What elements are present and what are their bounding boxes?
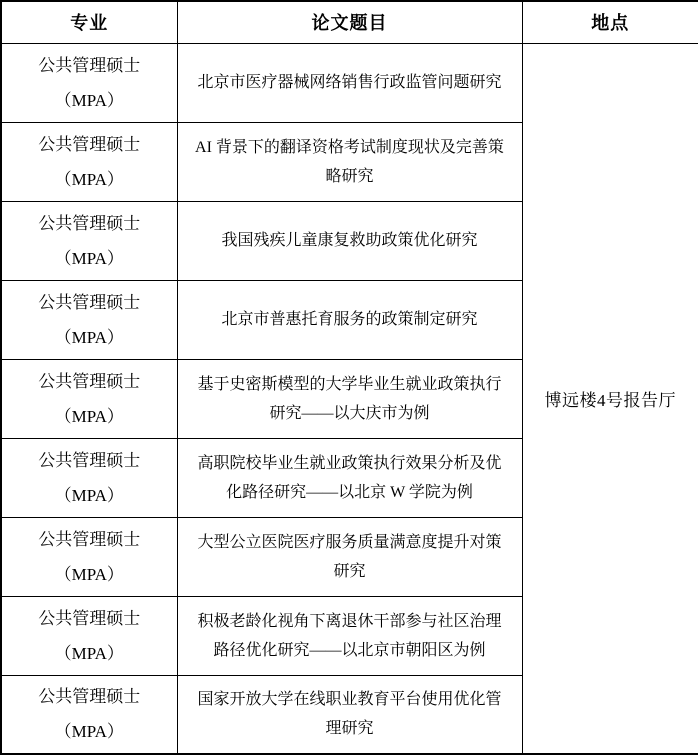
thesis-title-cell: 我国残疾儿童康复救助政策优化研究 <box>177 201 522 280</box>
major-cell: 公共管理硕士 （MPA） <box>1 438 177 517</box>
major-name: 公共管理硕士 <box>6 601 173 636</box>
major-name: 公共管理硕士 <box>6 206 173 241</box>
major-abbr: （MPA） <box>6 478 173 513</box>
major-cell: 公共管理硕士 （MPA） <box>1 201 177 280</box>
major-cell: 公共管理硕士 （MPA） <box>1 122 177 201</box>
major-name: 公共管理硕士 <box>6 364 173 399</box>
defense-schedule-table: 专业 论文题目 地点 公共管理硕士 （MPA） 北京市医疗器械网络销售行政监管问… <box>0 0 698 755</box>
major-abbr: （MPA） <box>6 162 173 197</box>
major-name: 公共管理硕士 <box>6 127 173 162</box>
major-abbr: （MPA） <box>6 241 173 276</box>
thesis-title-cell: 北京市普惠托育服务的政策制定研究 <box>177 280 522 359</box>
thesis-title-cell: 积极老龄化视角下离退休干部参与社区治理路径优化研究——以北京市朝阳区为例 <box>177 596 522 675</box>
major-name: 公共管理硕士 <box>6 443 173 478</box>
thesis-title-cell: AI 背景下的翻译资格考试制度现状及完善策略研究 <box>177 122 522 201</box>
major-name: 公共管理硕士 <box>6 48 173 83</box>
document-page: 专业 论文题目 地点 公共管理硕士 （MPA） 北京市医疗器械网络销售行政监管问… <box>0 0 698 754</box>
major-abbr: （MPA） <box>6 714 173 749</box>
thesis-title-cell: 国家开放大学在线职业教育平台使用优化管理研究 <box>177 675 522 754</box>
major-abbr: （MPA） <box>6 83 173 118</box>
table-row: 公共管理硕士 （MPA） 北京市医疗器械网络销售行政监管问题研究 博远楼4号报告… <box>1 43 698 122</box>
major-name: 公共管理硕士 <box>6 285 173 320</box>
major-cell: 公共管理硕士 （MPA） <box>1 43 177 122</box>
thesis-title-cell: 基于史密斯模型的大学毕业生就业政策执行研究——以大庆市为例 <box>177 359 522 438</box>
thesis-title-cell: 大型公立医院医疗服务质量满意度提升对策研究 <box>177 517 522 596</box>
major-name: 公共管理硕士 <box>6 522 173 557</box>
table-header-row: 专业 论文题目 地点 <box>1 1 698 43</box>
location-cell: 博远楼4号报告厅 <box>522 43 698 754</box>
major-cell: 公共管理硕士 （MPA） <box>1 596 177 675</box>
major-abbr: （MPA） <box>6 399 173 434</box>
major-abbr: （MPA） <box>6 636 173 671</box>
major-cell: 公共管理硕士 （MPA） <box>1 675 177 754</box>
thesis-title-cell: 高职院校毕业生就业政策执行效果分析及优化路径研究——以北京 W 学院为例 <box>177 438 522 517</box>
header-major: 专业 <box>1 1 177 43</box>
header-location: 地点 <box>522 1 698 43</box>
major-cell: 公共管理硕士 （MPA） <box>1 280 177 359</box>
header-title: 论文题目 <box>177 1 522 43</box>
major-cell: 公共管理硕士 （MPA） <box>1 517 177 596</box>
major-name: 公共管理硕士 <box>6 679 173 714</box>
major-abbr: （MPA） <box>6 557 173 592</box>
thesis-title-cell: 北京市医疗器械网络销售行政监管问题研究 <box>177 43 522 122</box>
major-cell: 公共管理硕士 （MPA） <box>1 359 177 438</box>
major-abbr: （MPA） <box>6 320 173 355</box>
